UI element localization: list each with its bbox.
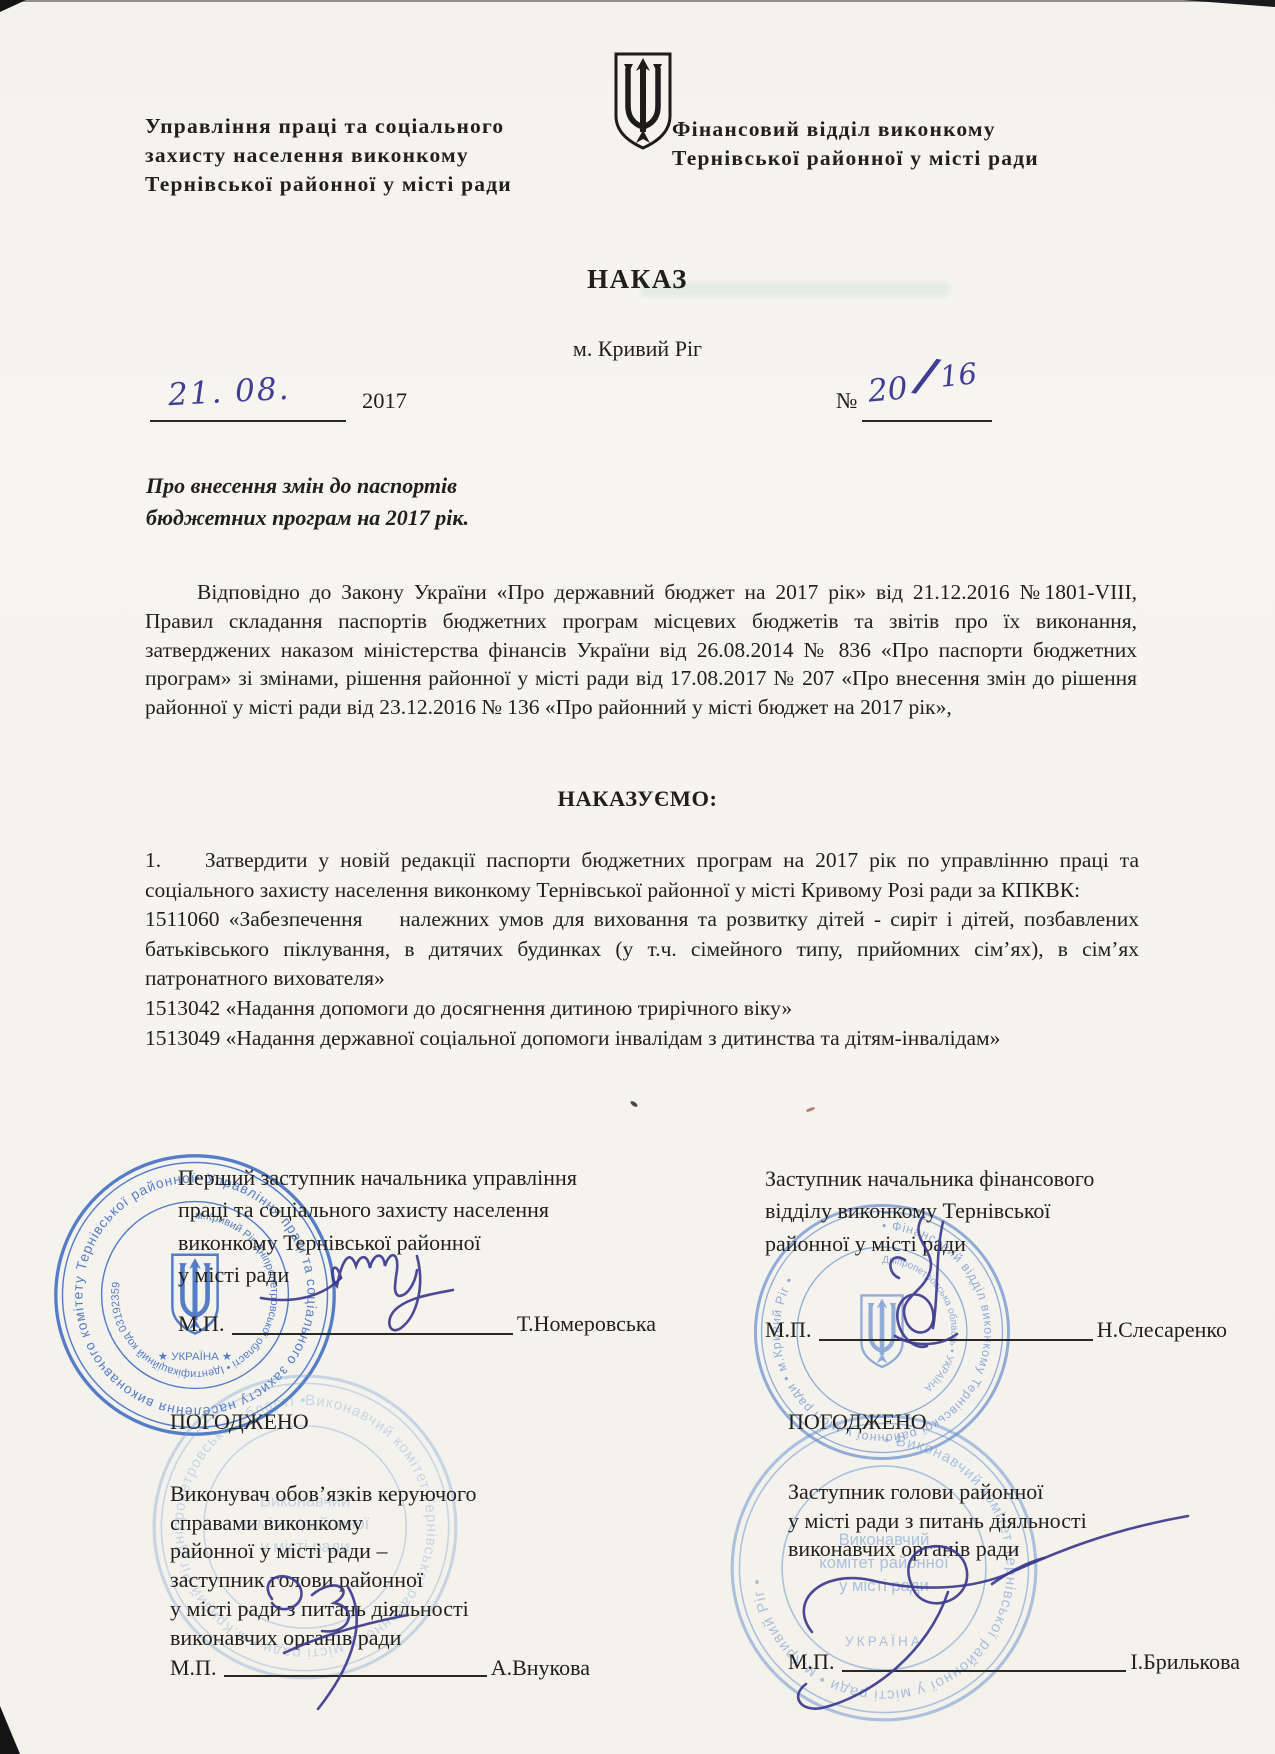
scanned-order-document: Управління праці та соціального захисту … xyxy=(0,0,1275,1754)
ukraine-coat-of-arms-icon xyxy=(610,50,676,154)
number-underline xyxy=(862,420,992,422)
mp-label: М.П. xyxy=(170,1654,216,1683)
handwritten-date: 21. 08. xyxy=(167,371,291,413)
decree-heading: НАКАЗУЄМО: xyxy=(0,786,1275,812)
number-label: № xyxy=(836,388,857,414)
signature-vnukova xyxy=(250,1555,480,1720)
item-1: 1. Затвердити у новій редакції паспорти … xyxy=(145,846,1139,905)
handwritten-number: 20 xyxy=(867,370,909,409)
signatory-name: Т.Номеровська xyxy=(517,1308,656,1340)
signatory-title-line: Заступник начальника фінансового xyxy=(765,1163,1227,1195)
scan-corner-top-left xyxy=(0,0,26,12)
subject-block: Про внесення змін до паспортів бюджетних… xyxy=(146,470,666,534)
mp-label: М.П. xyxy=(178,1308,224,1340)
scan-speck xyxy=(630,1100,639,1108)
scan-corner-bottom-left xyxy=(0,1706,20,1754)
date-year: 2017 xyxy=(362,388,407,414)
stamp-place-row: М.П. Н.Слесаренко xyxy=(765,1314,1227,1346)
signatory-title-line: Перший заступник начальника управління xyxy=(178,1162,656,1194)
subject-line: Про внесення змін до паспортів xyxy=(146,470,666,502)
signatory-title-line: відділу виконкому Тернівської xyxy=(765,1195,1227,1227)
preamble-text: Відповідно до Закону України «Про держав… xyxy=(145,578,1137,722)
date-underline xyxy=(150,420,346,422)
signatory-name: Н.Слесаренко xyxy=(1097,1314,1227,1346)
scan-corner-top-right xyxy=(1183,0,1275,7)
signature-nomerovska xyxy=(255,1212,495,1347)
program-1513049: 1513049 «Надання державної соціальної до… xyxy=(145,1024,1139,1054)
issuer-right-title: Фінансовий відділ виконкому Тернівської … xyxy=(672,115,1112,173)
issuer-left-title: Управління праці та соціального захисту … xyxy=(145,112,547,199)
decree-items: 1. Затвердити у новій редакції паспорти … xyxy=(145,846,1139,1053)
agreed-heading: ПОГОДЖЕНО xyxy=(170,1408,590,1437)
subject-line: бюджетних програм на 2017 рік. xyxy=(146,502,666,534)
scan-speck xyxy=(806,1107,815,1113)
signatory-title-line: справами виконкому xyxy=(170,1509,590,1538)
stamp-bottom-text: ★ УКРАЇНА ★ xyxy=(158,1351,232,1363)
document-city: м. Кривий Ріг xyxy=(0,336,1275,362)
signature-brylkova xyxy=(760,1500,1200,1730)
issuer-left-line: Тернівської районної у місті ради xyxy=(145,170,547,199)
issuer-right-line: Тернівської районної у місті ради xyxy=(672,144,1112,173)
program-1513042: 1513042 «Надання допомоги до досягнення … xyxy=(145,994,1139,1024)
issuer-right-line: Фінансовий відділ виконкому xyxy=(672,115,1112,144)
agreed-heading: ПОГОДЖЕНО xyxy=(788,1408,1240,1437)
signature-slesarenko xyxy=(845,1208,995,1368)
handwritten-number-suffix: 16 xyxy=(938,356,978,394)
issuer-left-line: Управління праці та соціального xyxy=(145,112,547,141)
signatory-title-line: Виконувач обов’язків керуючого xyxy=(170,1480,590,1509)
program-1511060: 1511060 «Забезпечення належних умов для … xyxy=(145,905,1139,994)
signatory-title-line: районної у місті ради xyxy=(765,1228,1227,1260)
issuer-left-line: захисту населення виконкому xyxy=(145,141,547,170)
scan-edge-top xyxy=(0,0,1275,2)
signatory-name: А.Внукова xyxy=(491,1654,590,1683)
signatory-block-slesarenko: Заступник начальника фінансового відділу… xyxy=(765,1163,1227,1346)
mp-label: М.П. xyxy=(765,1314,811,1346)
preamble-paragraph: Відповідно до Закону України «Про держав… xyxy=(145,578,1137,722)
document-title: НАКАЗ xyxy=(0,264,1275,295)
